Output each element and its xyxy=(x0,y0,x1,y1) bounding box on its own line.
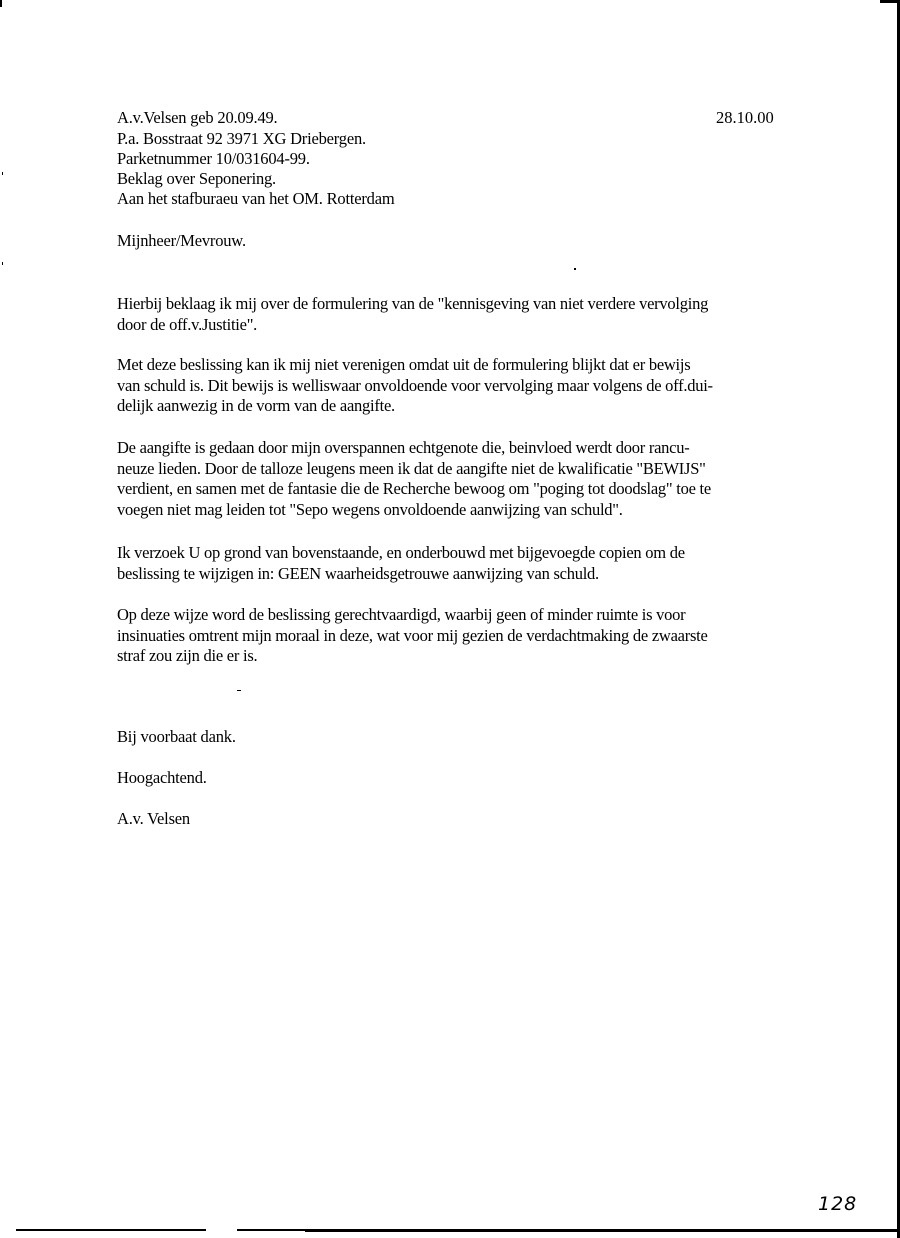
scan-edge-mark xyxy=(0,0,2,7)
paragraph-line: door de off.v.Justitie". xyxy=(117,315,777,336)
case-number-line: Parketnummer 10/031604-99. xyxy=(117,148,310,169)
paragraph-line: voegen niet mag leiden tot "Sepo wegens … xyxy=(117,500,777,521)
scan-speck xyxy=(2,172,3,175)
handwritten-page-number: 128 xyxy=(818,1193,857,1215)
recipient-line: Aan het stafburaeu van het OM. Rotterdam xyxy=(117,188,394,209)
scan-border-bottom-heavy xyxy=(305,1229,900,1232)
paragraph-line: verdient, en samen met de fantasie die d… xyxy=(117,479,777,500)
paragraph-line: Hierbij beklaag ik mij over de formuleri… xyxy=(117,294,777,315)
salutation: Mijnheer/Mevrouw. xyxy=(117,230,246,251)
letter-date: 28.10.00 xyxy=(716,107,774,128)
closing-regards: Hoogachtend. xyxy=(117,767,207,788)
paragraph-line: Ik verzoek U op grond van bovenstaande, … xyxy=(117,543,777,564)
paragraph-line: De aangifte is gedaan door mijn overspan… xyxy=(117,438,777,459)
paragraph-line: straf zou zijn die er is. xyxy=(117,646,777,667)
paragraph-line: insinuaties omtrent mijn moraal in deze,… xyxy=(117,626,777,647)
paragraph-line: van schuld is. Dit bewijs is welliswaar … xyxy=(117,376,777,397)
paragraph-line: Op deze wijze word de beslissing gerecht… xyxy=(117,605,777,626)
paragraph-1: Hierbij beklaag ik mij over de formuleri… xyxy=(117,294,777,335)
paragraph-line: neuze lieden. Door de talloze leugens me… xyxy=(117,459,777,480)
scan-border-bottom-left xyxy=(16,1229,206,1231)
paragraph-4: Ik verzoek U op grond van bovenstaande, … xyxy=(117,543,777,584)
scan-speck xyxy=(574,268,576,270)
address-line: P.a. Bosstraat 92 3971 XG Driebergen. xyxy=(117,128,366,149)
paragraph-line: beslissing te wijzigen in: GEEN waarheid… xyxy=(117,564,777,585)
paragraph-5: Op deze wijze word de beslissing gerecht… xyxy=(117,605,777,667)
sender-line: A.v.Velsen geb 20.09.49. xyxy=(117,107,277,128)
paragraph-line: delijk aanwezig in de vorm van de aangif… xyxy=(117,396,777,417)
subject-line: Beklag over Seponering. xyxy=(117,168,276,189)
paragraph-2: Met deze beslissing kan ik mij niet vere… xyxy=(117,355,777,417)
paragraph-line: Met deze beslissing kan ik mij niet vere… xyxy=(117,355,777,376)
scanned-letter-page: A.v.Velsen geb 20.09.49. P.a. Bosstraat … xyxy=(0,0,900,1238)
scan-speck xyxy=(237,690,241,691)
closing-thanks: Bij voorbaat dank. xyxy=(117,726,236,747)
signature: A.v. Velsen xyxy=(117,808,190,829)
paragraph-3: De aangifte is gedaan door mijn overspan… xyxy=(117,438,777,520)
scan-speck xyxy=(2,262,3,265)
